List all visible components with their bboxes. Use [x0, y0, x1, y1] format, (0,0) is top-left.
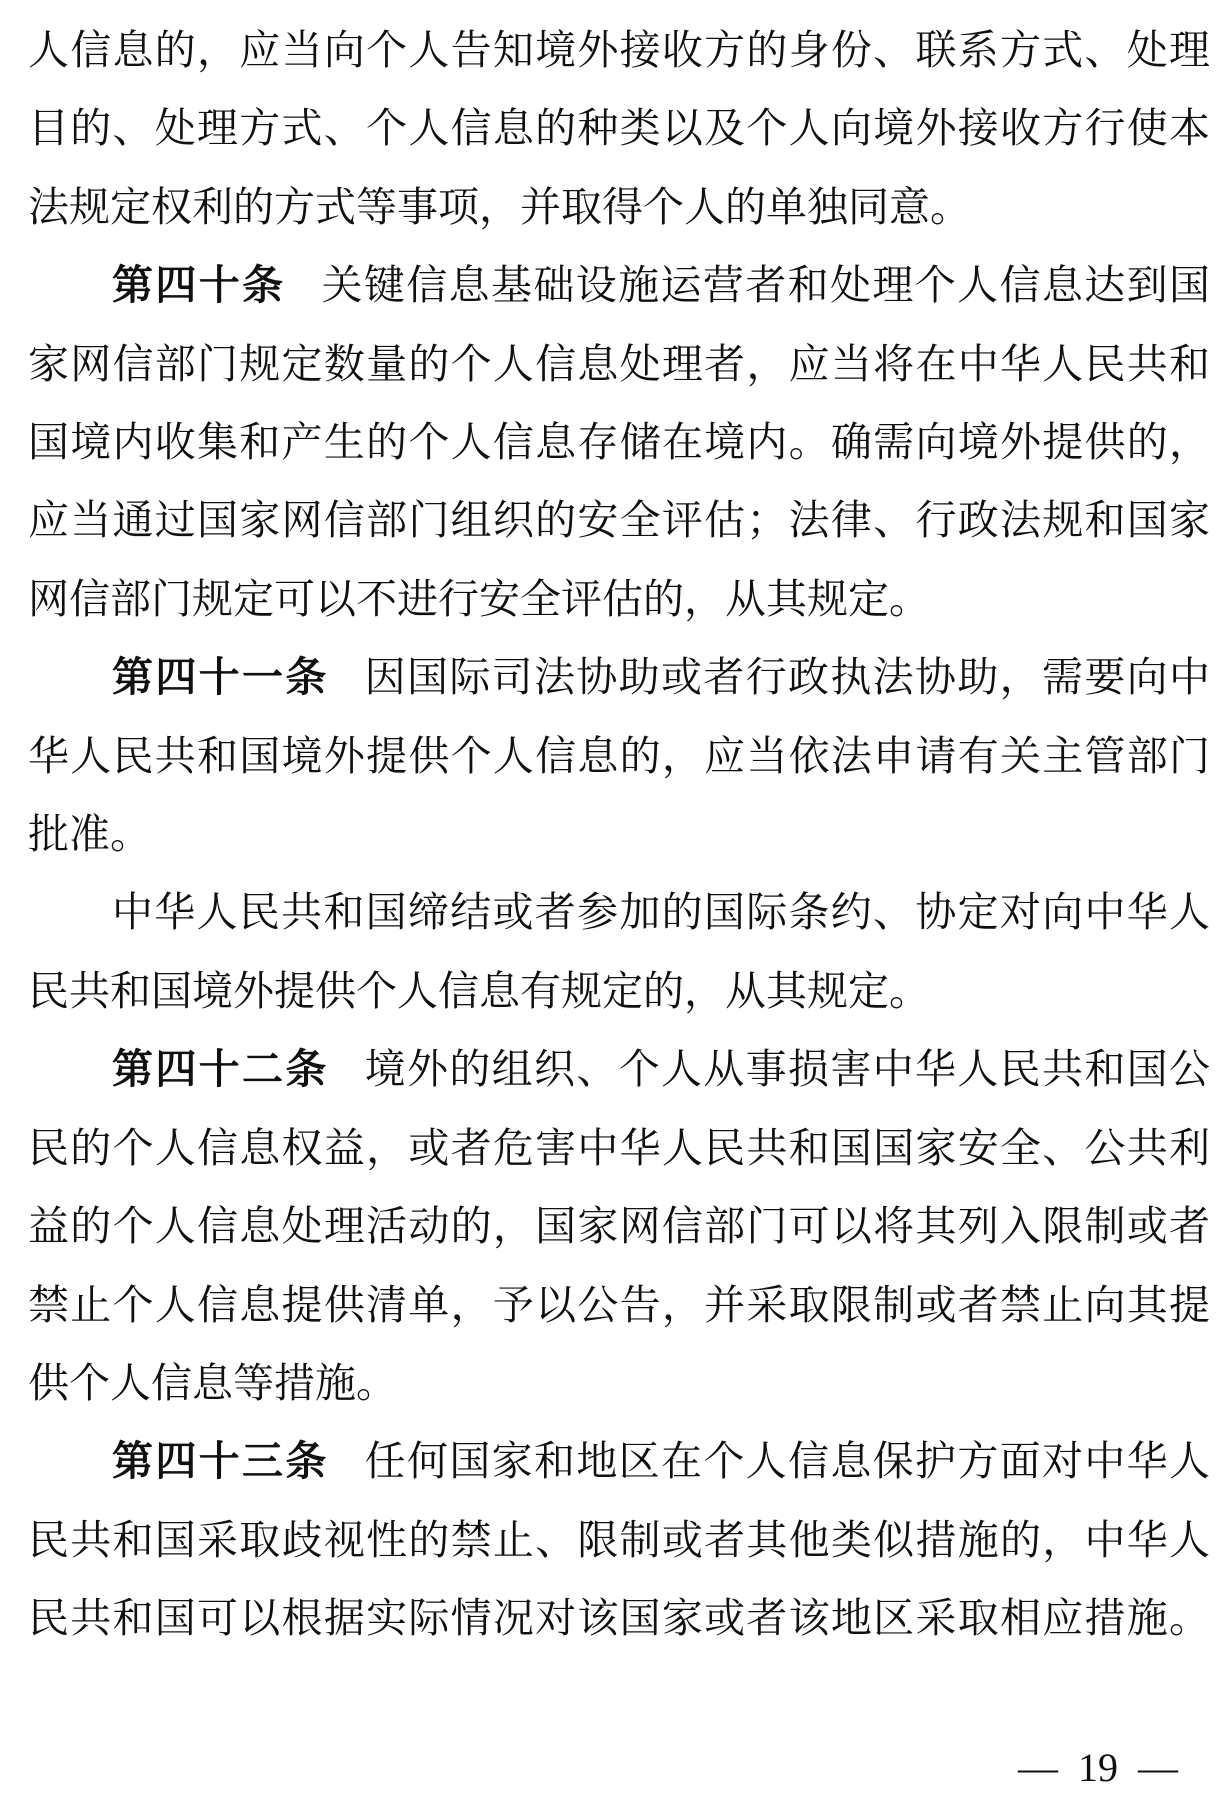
text-line: 国境内收集和产生的个人信息存储在境内。确需向境外提供的， [28, 403, 1210, 481]
text-line: 民的个人信息权益，或者危害中华人民共和国国家安全、公共利 [28, 1109, 1210, 1187]
line-text: 因国际司法协助或者行政执法协助，需要向中 [365, 654, 1210, 700]
text-line: 供个人信息等措施。 [28, 1344, 1210, 1422]
text-line: 中华人民共和国缔结或者参加的国际条约、协定对向中华人 [28, 873, 1210, 951]
article-40-number: 第四十条 [112, 262, 286, 308]
text-line: 应当通过国家网信部门组织的安全评估；法律、行政法规和国家 [28, 481, 1210, 559]
line-text: 境外的组织、个人从事损害中华人民共和国公 [365, 1046, 1210, 1092]
text-line: 目的、处理方式、个人信息的种类以及个人向境外接收方行使本 [28, 89, 1210, 167]
article-43-number: 第四十三条 [112, 1438, 329, 1484]
text-line: 网信部门规定可以不进行安全评估的，从其规定。 [28, 560, 1210, 638]
page-number: — 19 — [1018, 1748, 1178, 1788]
text-line: 华人民共和国境外提供个人信息的，应当依法申请有关主管部门 [28, 717, 1210, 795]
text-line: 第四十三条任何国家和地区在个人信息保护方面对中华人 [28, 1422, 1210, 1500]
text-line: 人信息的，应当向个人告知境外接收方的身份、联系方式、处理 [28, 11, 1210, 89]
article-42-number: 第四十二条 [112, 1046, 329, 1092]
text-line: 禁止个人信息提供清单，予以公告，并采取限制或者禁止向其提 [28, 1266, 1210, 1344]
document-page: 人信息的，应当向个人告知境外接收方的身份、联系方式、处理 目的、处理方式、个人信… [0, 0, 1226, 1813]
text-line: 第四十条关键信息基础设施运营者和处理个人信息达到国 [28, 246, 1210, 324]
text-line: 法规定权利的方式等事项，并取得个人的单独同意。 [28, 168, 1210, 246]
text-line: 第四十二条境外的组织、个人从事损害中华人民共和国公 [28, 1030, 1210, 1108]
text-line: 批准。 [28, 795, 1210, 873]
line-text: 关键信息基础设施运营者和处理个人信息达到国 [322, 262, 1211, 308]
document-text-block: 人信息的，应当向个人告知境外接收方的身份、联系方式、处理 目的、处理方式、个人信… [28, 11, 1210, 1658]
text-line: 民共和国境外提供个人信息有规定的，从其规定。 [28, 952, 1210, 1030]
text-line: 民共和国可以根据实际情况对该国家或者该地区采取相应措施。 [28, 1579, 1210, 1657]
line-text: 任何国家和地区在个人信息保护方面对中华人 [365, 1438, 1210, 1484]
text-line: 家网信部门规定数量的个人信息处理者，应当将在中华人民共和 [28, 325, 1210, 403]
text-line: 民共和国采取歧视性的禁止、限制或者其他类似措施的，中华人 [28, 1501, 1210, 1579]
article-41-number: 第四十一条 [112, 654, 329, 700]
text-line: 益的个人信息处理活动的，国家网信部门可以将其列入限制或者 [28, 1187, 1210, 1265]
text-line: 第四十一条因国际司法协助或者行政执法协助，需要向中 [28, 638, 1210, 716]
